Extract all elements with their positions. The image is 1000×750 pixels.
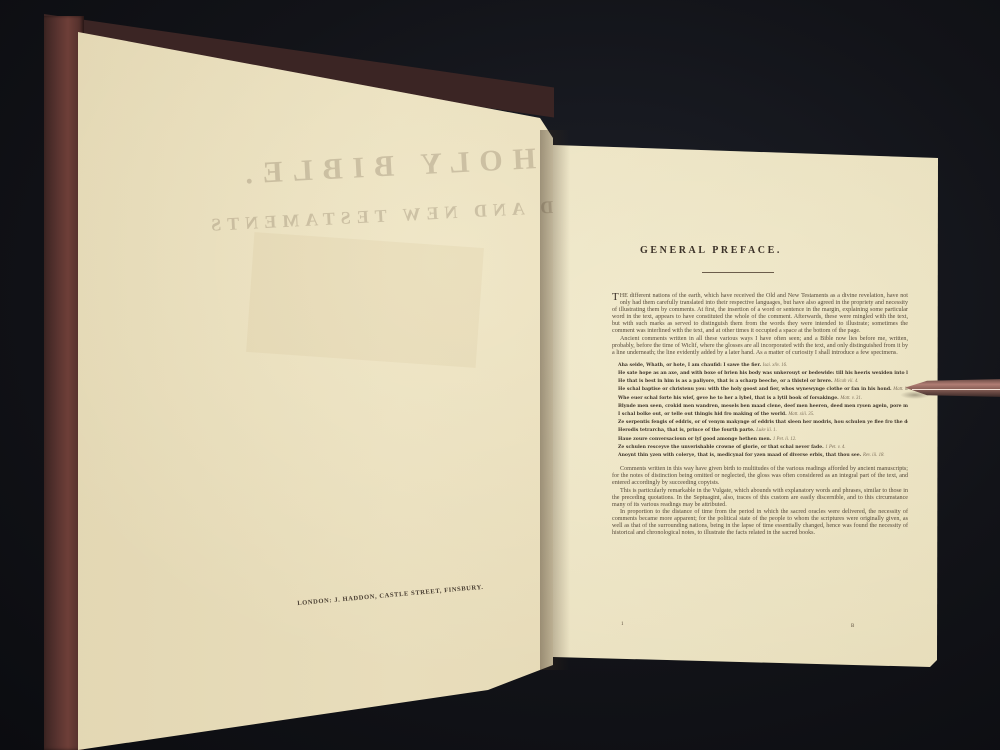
- quotation: He sate hope as an axe, and with boxe of…: [612, 370, 908, 378]
- wiclif-quotations: Aha seide, Whath, or hote, I am chaufid:…: [612, 362, 908, 460]
- quotation: Aha seide, Whath, or hote, I am chaufid:…: [612, 362, 908, 370]
- quotation: Anoynt thin yzen with colerye, that is, …: [612, 452, 908, 460]
- gutter-shadow: [540, 130, 570, 670]
- preface-body: THE different nations of the earth, whic…: [612, 293, 908, 537]
- bleed-through-frontispiece: [246, 232, 484, 368]
- paragraph-3: Comments written in this way have given …: [612, 466, 908, 487]
- quotation: He that is best in him is as a paliyore,…: [612, 378, 908, 386]
- paragraph-4: This is particularly remarkable in the V…: [612, 488, 908, 509]
- quotation: Herodis tetrarcha, that is, prince of th…: [612, 427, 908, 435]
- quotation: Haue zoure conversacioun or lyf good amo…: [612, 436, 908, 444]
- paragraph-1: THE different nations of the earth, whic…: [612, 293, 908, 336]
- quotation: Ze serpentis fengis of eddris, or of ven…: [612, 419, 908, 427]
- signature-mark: B: [851, 624, 854, 629]
- paragraph-5: In proportion to the distance of time fr…: [612, 509, 908, 537]
- photo-scene: HOLY BIBLE. OLD AND NEW TESTAMENTS LONDO…: [0, 0, 1000, 750]
- paragraph-2: Ancient comments written in all these va…: [612, 336, 908, 357]
- page-title: GENERAL PREFACE.: [640, 245, 782, 256]
- quotation: Blynde men seen, crokid men wandren, mes…: [612, 403, 908, 411]
- quotation: Whe euer schal forte his wief, geve he t…: [612, 395, 908, 403]
- title-rule: [702, 272, 774, 273]
- quotation: He schal baptise or christenu you: with …: [612, 386, 908, 394]
- drop-cap: T: [612, 293, 619, 301]
- folio-number: 1: [621, 622, 624, 627]
- quotation: I schal bolke out, or telle out thingis …: [612, 411, 908, 419]
- quotation: Ze schulen resceyve the unverishable cro…: [612, 444, 908, 452]
- pen-highlight: [912, 389, 1000, 390]
